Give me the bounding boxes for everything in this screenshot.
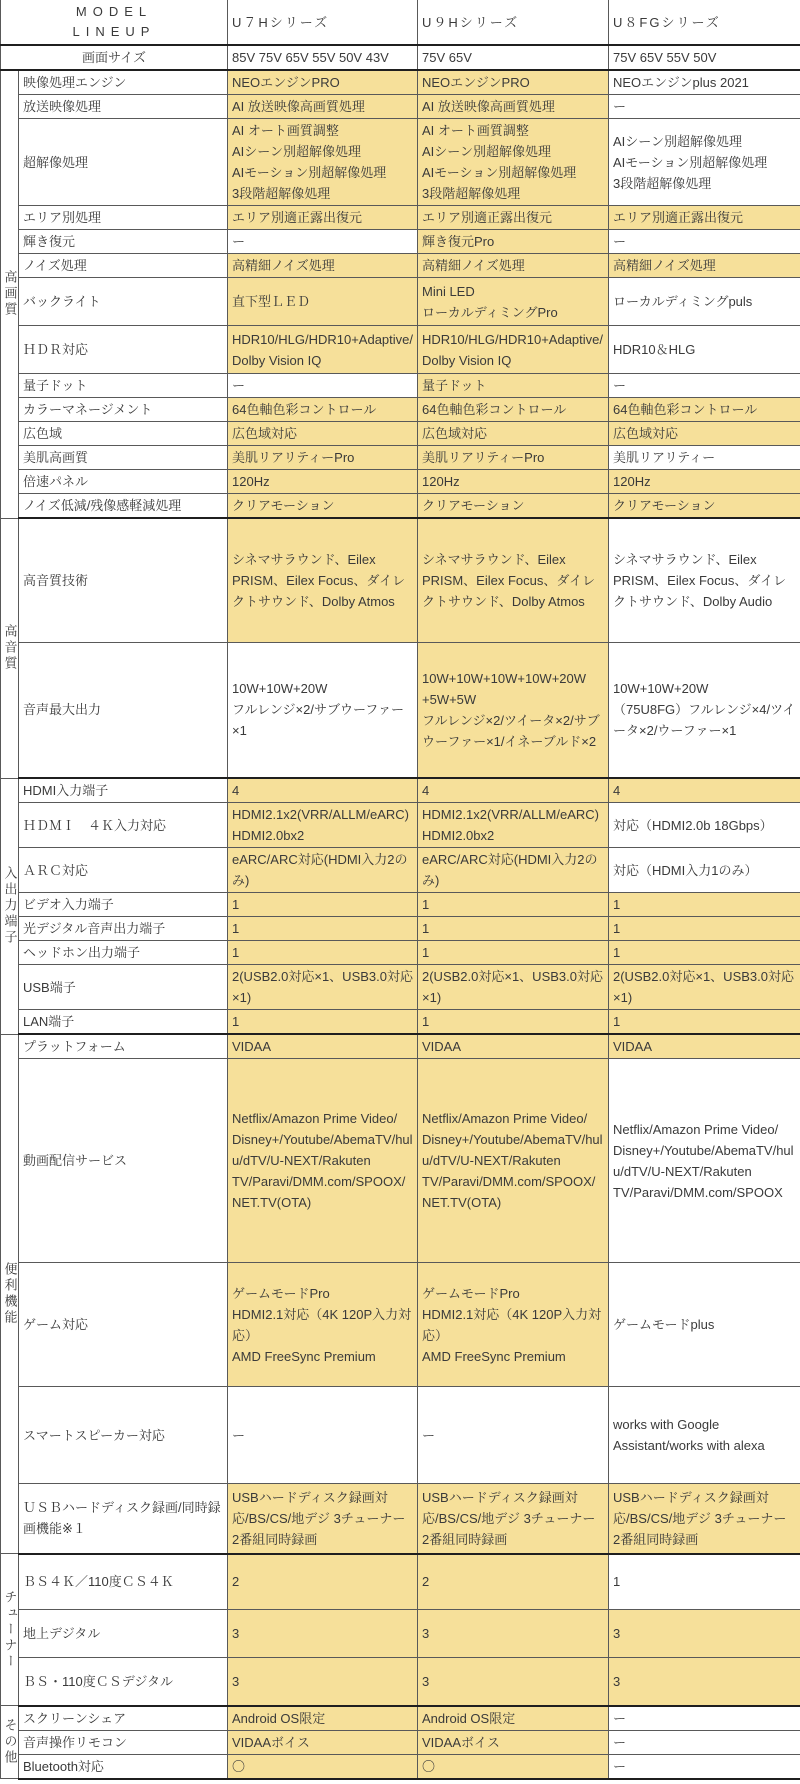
spec-value: 美肌リアリティーPro xyxy=(418,446,609,470)
spec-row: ゲーム対応ゲームモードPro HDMI2.1対応（4K 120P入力対応） AM… xyxy=(1,1263,800,1387)
spec-value: USBハードディスク録画対応/BS/CS/地デジ 3チューナー 2番組同時録画 xyxy=(228,1484,418,1554)
spec-label: カラーマネージメント xyxy=(19,398,228,422)
spec-row: 超解像処理AI オート画質調整 AIシーン別超解像処理 AIモーション別超解像処… xyxy=(1,119,800,206)
spec-value: 4 xyxy=(228,778,418,803)
model-lineup-line1: MODEL xyxy=(76,4,152,19)
spec-value: 3 xyxy=(609,1610,800,1658)
spec-value: Android OS限定 xyxy=(228,1706,418,1731)
spec-value: 64色軸色彩コントロール xyxy=(228,398,418,422)
spec-value: ー xyxy=(228,230,418,254)
spec-value: ー xyxy=(609,1730,800,1754)
spec-value: 64色軸色彩コントロール xyxy=(418,398,609,422)
spec-value: ー xyxy=(609,95,800,119)
spec-label: エリア別処理 xyxy=(19,206,228,230)
spec-row: ＡＲＣ対応eARC/ARC対応(HDMI入力2のみ)eARC/ARC対応(HDM… xyxy=(1,848,800,893)
spec-value: AI 放送映像高画質処理 xyxy=(228,95,418,119)
spec-value: シネマサラウンド、Eilex PRISM、Eilex Focus、ダイレクトサウ… xyxy=(609,518,800,642)
spec-value: 〇 xyxy=(418,1754,609,1779)
screen-size-u7h: 85V 75V 65V 55V 50V 43V xyxy=(228,45,418,70)
spec-label: 地上デジタル xyxy=(19,1610,228,1658)
spec-value: VIDAA xyxy=(418,1034,609,1059)
spec-row: 地上デジタル333 xyxy=(1,1610,800,1658)
spec-row: ＨＤＲ対応HDR10/HLG/HDR10+Adaptive/Dolby Visi… xyxy=(1,326,800,374)
model-header-row: MODELLINEUP U７Hシリーズ U９Hシリーズ U８FGシリーズ xyxy=(1,0,800,45)
spec-row: ノイズ低減/残像感軽減処理クリアモーションクリアモーションクリアモーション xyxy=(1,494,800,519)
spec-value: 120Hz xyxy=(609,470,800,494)
spec-row: 放送映像処理AI 放送映像高画質処理AI 放送映像高画質処理ー xyxy=(1,95,800,119)
spec-value: 2 xyxy=(418,1554,609,1610)
category-label: その他 xyxy=(1,1706,19,1779)
spec-label: 倍速パネル xyxy=(19,470,228,494)
spec-label: スクリーンシェア xyxy=(19,1706,228,1731)
spec-value: HDMI2.1x2(VRR/ALLM/eARC)HDMI2.0bx2 xyxy=(418,803,609,848)
spec-value: 2 xyxy=(228,1554,418,1610)
spec-value: エリア別適正露出復元 xyxy=(228,206,418,230)
spec-label: 放送映像処理 xyxy=(19,95,228,119)
spec-value: NEOエンジンPRO xyxy=(418,70,609,95)
spec-value: AI 放送映像高画質処理 xyxy=(418,95,609,119)
spec-label: 映像処理エンジン xyxy=(19,70,228,95)
spec-value: 美肌リアリティー xyxy=(609,446,800,470)
spec-value: Netflix/Amazon Prime Video/ Disney+/Yout… xyxy=(418,1059,609,1263)
spec-value: ー xyxy=(609,374,800,398)
spec-value: AI オート画質調整 AIシーン別超解像処理 AIモーション別超解像処理 3段階… xyxy=(418,119,609,206)
spec-value: 1 xyxy=(228,917,418,941)
spec-value: HDR10/HLG/HDR10+Adaptive/Dolby Vision IQ xyxy=(418,326,609,374)
spec-label: ＡＲＣ対応 xyxy=(19,848,228,893)
spec-label: LAN端子 xyxy=(19,1010,228,1035)
spec-value: シネマサラウンド、Eilex PRISM、Eilex Focus、ダイレクトサウ… xyxy=(228,518,418,642)
column-header-u9h: U９Hシリーズ xyxy=(418,0,609,45)
spec-value: VIDAA xyxy=(609,1034,800,1059)
spec-value: Netflix/Amazon Prime Video/ Disney+/Yout… xyxy=(228,1059,418,1263)
spec-value: ー xyxy=(609,1706,800,1731)
spec-label: ビデオ入力端子 xyxy=(19,893,228,917)
spec-value: ローカルディミングpuls xyxy=(609,278,800,326)
spec-row: スマートスピーカー対応ーーworks with Google Assistant… xyxy=(1,1387,800,1484)
spec-value: シネマサラウンド、Eilex PRISM、Eilex Focus、ダイレクトサウ… xyxy=(418,518,609,642)
spec-value: VIDAAボイス xyxy=(418,1730,609,1754)
spec-value: USBハードディスク録画対応/BS/CS/地デジ 3チューナー 2番組同時録画 xyxy=(609,1484,800,1554)
spec-value: ゲームモードplus xyxy=(609,1263,800,1387)
spec-value: 1 xyxy=(418,917,609,941)
spec-row: 便利機能プラットフォームVIDAAVIDAAVIDAA xyxy=(1,1034,800,1059)
spec-value: 1 xyxy=(609,917,800,941)
spec-label: ＢＳ４Ｋ／110度ＣＳ４Ｋ xyxy=(19,1554,228,1610)
spec-value: 1 xyxy=(609,893,800,917)
spec-value: 3 xyxy=(418,1658,609,1706)
spec-row: 入出力端子HDMI入力端子444 xyxy=(1,778,800,803)
spec-row: カラーマネージメント64色軸色彩コントロール64色軸色彩コントロール64色軸色彩… xyxy=(1,398,800,422)
column-header-u8fg: U８FGシリーズ xyxy=(609,0,800,45)
spec-value: HDMI2.1x2(VRR/ALLM/eARC)HDMI2.0bx2 xyxy=(228,803,418,848)
spec-value: NEOエンジンplus 2021 xyxy=(609,70,800,95)
spec-row: 音声操作リモコンVIDAAボイスVIDAAボイスー xyxy=(1,1730,800,1754)
spec-value: 量子ドット xyxy=(418,374,609,398)
spec-value: 高精細ノイズ処理 xyxy=(609,254,800,278)
spec-value: Netflix/Amazon Prime Video/ Disney+/Yout… xyxy=(609,1059,800,1263)
spec-value: ー xyxy=(228,374,418,398)
spec-value: Android OS限定 xyxy=(418,1706,609,1731)
spec-label: 量子ドット xyxy=(19,374,228,398)
spec-label: 高音質技術 xyxy=(19,518,228,642)
spec-row: USB端子2(USB2.0対応×1、USB3.0対応×1)2(USB2.0対応×… xyxy=(1,965,800,1010)
spec-value: 対応（HDMI入力1のみ） xyxy=(609,848,800,893)
spec-label: ＢＳ・110度ＣＳデジタル xyxy=(19,1658,228,1706)
screen-size-row: 画面サイズ 85V 75V 65V 55V 50V 43V 75V 65V 75… xyxy=(1,45,800,70)
spec-value: 64色軸色彩コントロール xyxy=(609,398,800,422)
spec-value: NEOエンジンPRO xyxy=(228,70,418,95)
spec-value: 3 xyxy=(228,1658,418,1706)
spec-label: 動画配信サービス xyxy=(19,1059,228,1263)
spec-value: ー xyxy=(418,1387,609,1484)
spec-value: 4 xyxy=(609,778,800,803)
spec-value: 直下型ＬＥＤ xyxy=(228,278,418,326)
spec-value: ー xyxy=(609,230,800,254)
spec-value: AIシーン別超解像処理 AIモーション別超解像処理 3段階超解像処理 xyxy=(609,119,800,206)
spec-label: ＨＤＲ対応 xyxy=(19,326,228,374)
spec-label: ノイズ処理 xyxy=(19,254,228,278)
spec-row: LAN端子111 xyxy=(1,1010,800,1035)
spec-value: 広色域対応 xyxy=(228,422,418,446)
spec-value: 120Hz xyxy=(418,470,609,494)
spec-label: バックライト xyxy=(19,278,228,326)
spec-value: エリア別適正露出復元 xyxy=(418,206,609,230)
spec-label: スマートスピーカー対応 xyxy=(19,1387,228,1484)
spec-value: 対応（HDMI2.0b 18Gbps） xyxy=(609,803,800,848)
spec-label: 美肌高画質 xyxy=(19,446,228,470)
spec-value: 1 xyxy=(609,1554,800,1610)
category-label: 高音質 xyxy=(1,518,19,778)
spec-label: 広色域 xyxy=(19,422,228,446)
spec-label: ノイズ低減/残像感軽減処理 xyxy=(19,494,228,519)
spec-comparison-table: MODELLINEUP U７Hシリーズ U９Hシリーズ U８FGシリーズ 画面サ… xyxy=(0,0,800,1780)
spec-label: 光デジタル音声出力端子 xyxy=(19,917,228,941)
spec-value: eARC/ARC対応(HDMI入力2のみ) xyxy=(418,848,609,893)
spec-value: 高精細ノイズ処理 xyxy=(228,254,418,278)
spec-label: Bluetooth対応 xyxy=(19,1754,228,1779)
spec-label: 輝き復元 xyxy=(19,230,228,254)
spec-row: ＵＳＢハードディスク録画/同時録画機能※１USBハードディスク録画対応/BS/C… xyxy=(1,1484,800,1554)
screen-size-u9h: 75V 65V xyxy=(418,45,609,70)
spec-row: 量子ドットー量子ドットー xyxy=(1,374,800,398)
spec-value: USBハードディスク録画対応/BS/CS/地デジ 3チューナー 2番組同時録画 xyxy=(418,1484,609,1554)
spec-value: ー xyxy=(228,1387,418,1484)
category-label: 高画質 xyxy=(1,70,19,518)
spec-row: 高音質高音質技術シネマサラウンド、Eilex PRISM、Eilex Focus… xyxy=(1,518,800,642)
category-label: 便利機能 xyxy=(1,1034,19,1554)
spec-value: クリアモーション xyxy=(228,494,418,519)
spec-label: ヘッドホン出力端子 xyxy=(19,941,228,965)
spec-label: ＨＤＭＩ ４Ｋ入力対応 xyxy=(19,803,228,848)
spec-label: 超解像処理 xyxy=(19,119,228,206)
spec-row: 広色域広色域対応広色域対応広色域対応 xyxy=(1,422,800,446)
spec-label: 音声操作リモコン xyxy=(19,1730,228,1754)
spec-row: 倍速パネル120Hz120Hz120Hz xyxy=(1,470,800,494)
spec-value: eARC/ARC対応(HDMI入力2のみ) xyxy=(228,848,418,893)
spec-row: チューナーＢＳ４Ｋ／110度ＣＳ４Ｋ221 xyxy=(1,1554,800,1610)
column-header-u7h: U７Hシリーズ xyxy=(228,0,418,45)
screen-size-label: 画面サイズ xyxy=(1,45,228,70)
spec-row: ビデオ入力端子111 xyxy=(1,893,800,917)
spec-value: 1 xyxy=(418,1010,609,1035)
spec-label: ＵＳＢハードディスク録画/同時録画機能※１ xyxy=(19,1484,228,1554)
spec-value: 広色域対応 xyxy=(609,422,800,446)
spec-value: 1 xyxy=(609,941,800,965)
spec-row: ＢＳ・110度ＣＳデジタル333 xyxy=(1,1658,800,1706)
spec-row: 輝き復元ー輝き復元Proー xyxy=(1,230,800,254)
spec-label: HDMI入力端子 xyxy=(19,778,228,803)
spec-label: プラットフォーム xyxy=(19,1034,228,1059)
spec-value: 3 xyxy=(418,1610,609,1658)
spec-label: 音声最大出力 xyxy=(19,642,228,778)
spec-value: 120Hz xyxy=(228,470,418,494)
spec-value: 美肌リアリティーPro xyxy=(228,446,418,470)
spec-value: ゲームモードPro HDMI2.1対応（4K 120P入力対応） AMD Fre… xyxy=(418,1263,609,1387)
spec-value: HDR10＆HLG xyxy=(609,326,800,374)
spec-value: Mini LED ローカルディミングPro xyxy=(418,278,609,326)
spec-value: AI オート画質調整 AIシーン別超解像処理 AIモーション別超解像処理 3段階… xyxy=(228,119,418,206)
spec-value: 2(USB2.0対応×1、USB3.0対応×1) xyxy=(418,965,609,1010)
spec-row: 光デジタル音声出力端子111 xyxy=(1,917,800,941)
spec-row: ノイズ処理高精細ノイズ処理高精細ノイズ処理高精細ノイズ処理 xyxy=(1,254,800,278)
spec-row: エリア別処理エリア別適正露出復元エリア別適正露出復元エリア別適正露出復元 xyxy=(1,206,800,230)
spec-row: Bluetooth対応〇〇ー xyxy=(1,1754,800,1779)
spec-row: 音声最大出力10W+10W+20W フルレンジ×2/サブウーファー×110W+1… xyxy=(1,642,800,778)
spec-value: クリアモーション xyxy=(609,494,800,519)
spec-value: 広色域対応 xyxy=(418,422,609,446)
spec-value: クリアモーション xyxy=(418,494,609,519)
spec-value: 1 xyxy=(228,941,418,965)
spec-row: ヘッドホン出力端子111 xyxy=(1,941,800,965)
spec-value: エリア別適正露出復元 xyxy=(609,206,800,230)
spec-value: VIDAAボイス xyxy=(228,1730,418,1754)
spec-value: 1 xyxy=(228,1010,418,1035)
model-lineup-line2: LINEUP xyxy=(73,24,156,39)
spec-value: VIDAA xyxy=(228,1034,418,1059)
spec-value: 2(USB2.0対応×1、USB3.0対応×1) xyxy=(609,965,800,1010)
model-lineup-title: MODELLINEUP xyxy=(1,0,228,45)
spec-label: ゲーム対応 xyxy=(19,1263,228,1387)
screen-size-u8fg: 75V 65V 55V 50V xyxy=(609,45,800,70)
spec-value: 輝き復元Pro xyxy=(418,230,609,254)
spec-value: 高精細ノイズ処理 xyxy=(418,254,609,278)
spec-value: works with Google Assistant/works with a… xyxy=(609,1387,800,1484)
spec-value: 10W+10W+20W フルレンジ×2/サブウーファー×1 xyxy=(228,642,418,778)
spec-row: その他スクリーンシェアAndroid OS限定Android OS限定ー xyxy=(1,1706,800,1731)
spec-value: 1 xyxy=(418,893,609,917)
spec-row: ＨＤＭＩ ４Ｋ入力対応HDMI2.1x2(VRR/ALLM/eARC)HDMI2… xyxy=(1,803,800,848)
spec-value: 4 xyxy=(418,778,609,803)
spec-value: ー xyxy=(609,1754,800,1779)
spec-value: 3 xyxy=(228,1610,418,1658)
spec-value: 1 xyxy=(228,893,418,917)
spec-value: ゲームモードPro HDMI2.1対応（4K 120P入力対応） AMD Fre… xyxy=(228,1263,418,1387)
spec-row: 動画配信サービスNetflix/Amazon Prime Video/ Disn… xyxy=(1,1059,800,1263)
spec-value: 〇 xyxy=(228,1754,418,1779)
spec-value: 1 xyxy=(418,941,609,965)
spec-row: 美肌高画質美肌リアリティーPro美肌リアリティーPro美肌リアリティー xyxy=(1,446,800,470)
category-label: チューナー xyxy=(1,1554,19,1706)
spec-value: 3 xyxy=(609,1658,800,1706)
spec-label: USB端子 xyxy=(19,965,228,1010)
category-label: 入出力端子 xyxy=(1,778,19,1034)
spec-row: バックライト直下型ＬＥＤMini LED ローカルディミングProローカルディミ… xyxy=(1,278,800,326)
spec-value: 1 xyxy=(609,1010,800,1035)
spec-value: 10W+10W+10W+10W+20W +5W+5W フルレンジ×2/ツイータ×… xyxy=(418,642,609,778)
spec-value: 2(USB2.0対応×1、USB3.0対応×1) xyxy=(228,965,418,1010)
spec-value: 10W+10W+20W （75U8FG）フルレンジ×4/ツイータ×2/ウーファー… xyxy=(609,642,800,778)
spec-value: HDR10/HLG/HDR10+Adaptive/Dolby Vision IQ xyxy=(228,326,418,374)
spec-row: 高画質映像処理エンジンNEOエンジンPRONEOエンジンPRONEOエンジンpl… xyxy=(1,70,800,95)
